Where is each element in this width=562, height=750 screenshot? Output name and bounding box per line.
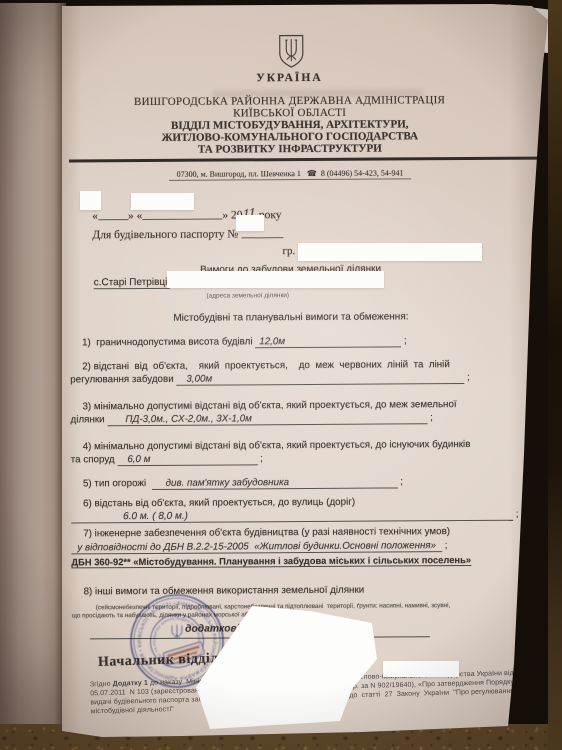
previous-page-edge <box>0 3 66 739</box>
req-7-line1: 7) інженерне забезпечення об'єкта будівн… <box>83 526 450 539</box>
req-4-line2: та споруд 6,0 м ; <box>71 453 263 466</box>
req-7-line3-row: ДБН 360-92** «Містобудування. Планування… <box>71 554 471 568</box>
settlement-name: с.Старі Петрівці, <box>94 277 170 289</box>
req-5-semi: ; <box>400 476 403 487</box>
req-3-line1: 3) мінімально допустимі відстані від об'… <box>82 399 456 412</box>
req-6-value: 6.0 м. ( 8,0 м.) <box>71 509 513 524</box>
req-4-lead: та споруд <box>71 454 118 465</box>
redaction-box-passport-number <box>236 215 264 231</box>
req-3-line2: ділянки ПД-3,0м., СХ-2,0м., 3Х-1,0м ; <box>71 412 433 426</box>
req-2-line1: 2) відстані від об'єкта, який проектуєть… <box>82 359 450 372</box>
svg-text:ВИШГОРОДСЬКА РАЙОННА ДЕРЖАВНА: ВИШГОРОДСЬКА РАЙОННА ДЕРЖАВНА АДМІНІСТРА… <box>136 601 219 681</box>
req-7-semi: ; <box>445 540 448 551</box>
req-2-line2: регулювання забудови 3,00м ; <box>70 372 470 386</box>
req-6-line1: 6) відстань від об'єкта, який проектуєть… <box>83 497 355 510</box>
section-heading: Містобудівні та планувальні вимоги та об… <box>64 311 518 325</box>
country-label: УКРАЇНА <box>62 71 516 86</box>
req-4-semi: ; <box>260 453 263 464</box>
redaction-box-address <box>167 271 384 288</box>
req-3-lead: ділянки <box>71 414 108 425</box>
document-page: УКРАЇНА ВИШГОРОДСЬКА РАЙОННА ДЕРЖАВНА АД… <box>62 4 548 738</box>
footnote: Згідно Додатку 1 до наказу Міністерства … <box>48 0 502 6</box>
dept-line-3: ТА РОЗВИТКУ ІНФРАСТРУКТУРИ <box>63 142 517 157</box>
address-caption: (адреса земельної ділянки) <box>64 291 432 300</box>
redaction-box-date-day <box>80 191 101 210</box>
req-3-value: ПД-3,0м., СХ-2,0м., 3Х-1,0м <box>107 412 427 426</box>
passport-number-blank <box>241 237 283 238</box>
req-2-semi: ; <box>467 372 470 383</box>
req-5: 5) тип огорожі див. пам'ятку забудовника… <box>83 476 403 490</box>
footnote-r4-left: містобудівної діяльності" <box>91 706 174 715</box>
req-6-line2: 6.0 м. ( 8,0 м.) ; <box>71 509 519 524</box>
stamp-trident-icon <box>172 625 182 639</box>
photo-scene: УКРАЇНА ВИШГОРОДСЬКА РАЙОННА ДЕРЖАВНА АД… <box>0 0 562 750</box>
req-1-value: 12,0м <box>255 335 401 348</box>
req-1-lead: 1) граничнодопустима висота будівлі <box>82 336 255 348</box>
req-5-lead: 5) тип огорожі <box>83 478 152 489</box>
applicant-label: гр. <box>282 245 295 257</box>
req-7-line2: у відповідності до ДБН В.2.2-15-2005 «Жи… <box>71 540 442 554</box>
req-4-value: 6,0 м <box>117 453 257 466</box>
stamp-ring-text: ВИШГОРОДСЬКА РАЙОННА ДЕРЖАВНА АДМІНІСТРА… <box>136 601 219 681</box>
ink-bleed-smudge <box>213 89 423 97</box>
req-1: 1) граничнодопустима висота будівлі 12,0… <box>82 335 407 349</box>
req-2-lead: регулювання забудови <box>70 374 176 386</box>
req-1-semi: ; <box>404 335 407 346</box>
redaction-box-applicant-name <box>298 243 482 261</box>
settlement-row: с.Старі Петрівці, <box>94 277 170 288</box>
redaction-box-date-month <box>131 193 194 210</box>
binder-edge <box>548 0 562 750</box>
req-2-value: 3,00м <box>176 372 464 386</box>
req-5-value: див. пам'ятку забудовника <box>152 476 398 490</box>
req-3-semi: ; <box>430 412 433 423</box>
contacts-line: 07300, м. Вишгород, пл. Шевченка 1 ☎ 8 (… <box>169 168 412 180</box>
requirements: 1) граничнодопустима висота будівлі 12,0… <box>68 3 516 6</box>
req-7-line3: ДБН 360-92** «Містобудування. Планування… <box>71 554 471 568</box>
req-6-semi: ; <box>516 509 519 520</box>
redaction-box-official-name <box>383 661 459 677</box>
req-4-line1: 4) мінімально допустимі відстані від об'… <box>83 439 471 452</box>
contacts-row: 07300, м. Вишгород, пл. Шевченка 1 ☎ 8 (… <box>63 162 517 183</box>
req-7-line2-row: у відповідності до ДБН В.2.2-15-2005 «Жи… <box>71 540 447 553</box>
trident-shield-icon <box>278 34 304 70</box>
passport-label: Для будівельного паспорту № <box>92 228 238 241</box>
